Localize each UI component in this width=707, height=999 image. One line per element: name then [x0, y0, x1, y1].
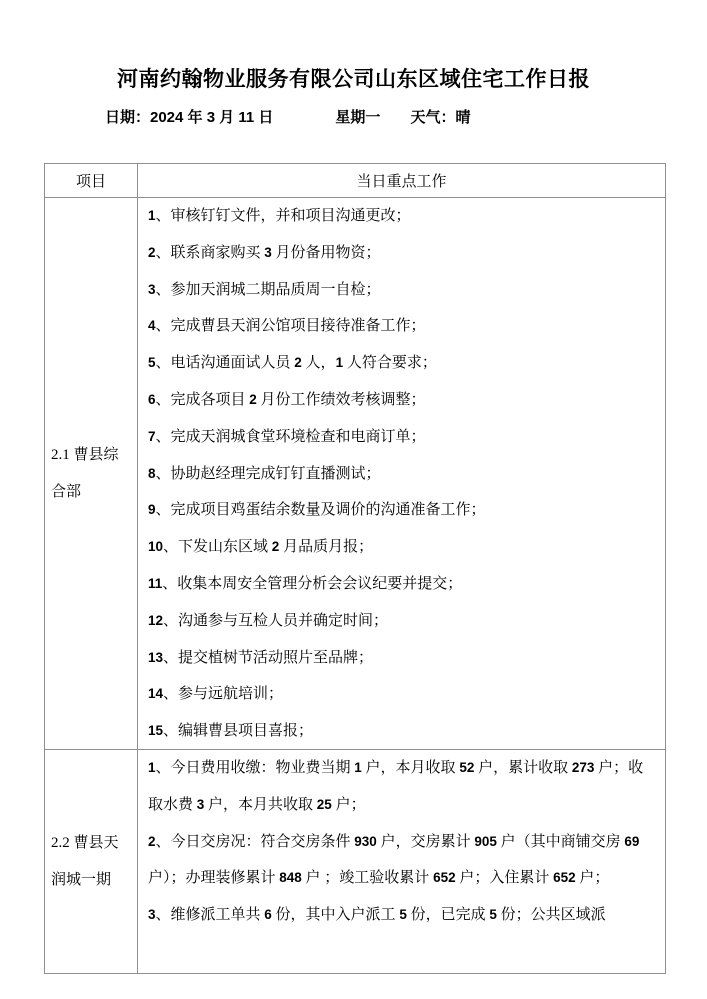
- project-cell: 2.1 曹县综合部: [45, 198, 138, 750]
- numeric-value: 3: [264, 245, 272, 260]
- work-item: 10、下发山东区域 2 月品质月报；: [148, 529, 655, 566]
- numeric-value: 1: [354, 760, 362, 775]
- work-item: 1、审核钉钉文件，并和项目沟通更改；: [148, 198, 655, 235]
- weekday-label: 星期一: [335, 109, 380, 126]
- numeric-value: 905: [474, 834, 497, 849]
- work-item: 9、完成项目鸡蛋结余数量及调价的沟通准备工作；: [148, 492, 655, 529]
- numeric-value: 12: [148, 613, 163, 628]
- numeric-value: 2: [294, 355, 302, 370]
- work-items: 1、审核钉钉文件，并和项目沟通更改；2、联系商家购买 3 月份备用物资；3、参加…: [138, 198, 665, 749]
- work-item: 5、电话沟通面试人员 2 人，1 人符合要求；: [148, 345, 655, 382]
- numeric-value: 9: [148, 502, 156, 517]
- numeric-value: 6: [264, 907, 272, 922]
- numeric-value: 5: [148, 355, 156, 370]
- work-item: 4、完成曹县天润公馆项目接待准备工作；: [148, 308, 655, 345]
- numeric-value: 3: [148, 282, 156, 297]
- work-item: 15、编辑曹县项目喜报；: [148, 713, 655, 749]
- page-title: 河南约翰物业服务有限公司山东区域住宅工作日报: [0, 63, 707, 93]
- work-item: 11、收集本周安全管理分析会会议纪要并提交；: [148, 566, 655, 603]
- date-label: 日期：2024 年 3 月 11 日: [105, 109, 273, 126]
- numeric-value: 930: [354, 834, 377, 849]
- project-cell: 2.2 曹县天润城一期: [45, 750, 138, 974]
- work-item: 2、联系商家购买 3 月份备用物资；: [148, 235, 655, 272]
- numeric-value: 15: [148, 723, 163, 738]
- numeric-value: 14: [148, 686, 163, 701]
- numeric-value: 2: [249, 392, 257, 407]
- work-items: 1、今日费用收缴：物业费当期 1 户，本月收取 52 户，累计收取 273 户；…: [138, 750, 665, 973]
- numeric-value: 52: [459, 760, 474, 775]
- numeric-value: 11: [148, 576, 162, 591]
- numeric-value: 1: [336, 355, 344, 370]
- table-row: 2.2 曹县天润城一期1、今日费用收缴：物业费当期 1 户，本月收取 52 户，…: [45, 750, 666, 974]
- numeric-value: 6: [148, 392, 156, 407]
- table-row: 2.1 曹县综合部1、审核钉钉文件，并和项目沟通更改；2、联系商家购买 3 月份…: [45, 198, 666, 750]
- numeric-value: 5: [489, 907, 497, 922]
- header-work: 当日重点工作: [138, 164, 666, 198]
- numeric-value: 652: [553, 870, 576, 885]
- numeric-value: 25: [317, 797, 332, 812]
- project-label: 2.1 曹县综合部: [51, 437, 133, 511]
- work-item: 14、参与远航培训；: [148, 676, 655, 713]
- work-cell: 1、今日费用收缴：物业费当期 1 户，本月收取 52 户，累计收取 273 户；…: [138, 750, 666, 974]
- numeric-value: 7: [148, 429, 156, 444]
- numeric-value: 2: [148, 834, 156, 849]
- numeric-value: 1: [148, 208, 156, 223]
- daily-report-table: 项目 当日重点工作 2.1 曹县综合部1、审核钉钉文件，并和项目沟通更改；2、联…: [44, 163, 666, 974]
- work-item: 8、协助赵经理完成钉钉直播测试；: [148, 456, 655, 493]
- numeric-value: 13: [148, 650, 163, 665]
- numeric-value: 5: [399, 907, 407, 922]
- header-project: 项目: [45, 164, 138, 198]
- date-line: 日期：2024 年 3 月 11 日星期一天气：晴: [105, 106, 470, 127]
- numeric-value: 3: [197, 797, 205, 812]
- table-header-row: 项目 当日重点工作: [45, 164, 666, 198]
- numeric-value: 2: [272, 539, 280, 554]
- work-item: 13、提交植树节活动照片至品牌；: [148, 640, 655, 677]
- work-cell: 1、审核钉钉文件，并和项目沟通更改；2、联系商家购买 3 月份备用物资；3、参加…: [138, 198, 666, 750]
- work-item: 3、维修派工单共 6 份，其中入户派工 5 份，已完成 5 份；公共区域派: [148, 897, 655, 934]
- numeric-value: 10: [148, 539, 163, 554]
- work-item: 2、今日交房况：符合交房条件 930 户，交房累计 905 户（其中商铺交房 6…: [148, 824, 655, 898]
- report-rows: 2.1 曹县综合部1、审核钉钉文件，并和项目沟通更改；2、联系商家购买 3 月份…: [45, 198, 666, 974]
- work-item: 3、参加天润城二期品质周一自检；: [148, 272, 655, 309]
- numeric-value: 4: [148, 318, 156, 333]
- numeric-value: 69: [624, 834, 639, 849]
- numeric-value: 3: [148, 907, 156, 922]
- work-item: 12、沟通参与互检人员并确定时间；: [148, 603, 655, 640]
- weather-label: 天气：晴: [410, 109, 470, 126]
- numeric-value: 273: [572, 760, 595, 775]
- numeric-value: 848: [279, 870, 302, 885]
- work-item: 6、完成各项目 2 月份工作绩效考核调整；: [148, 382, 655, 419]
- numeric-value: 2: [148, 245, 156, 260]
- work-item: 7、完成天润城食堂环境检查和电商订单；: [148, 419, 655, 456]
- numeric-value: 8: [148, 466, 156, 481]
- numeric-value: 652: [433, 870, 456, 885]
- project-label: 2.2 曹县天润城一期: [51, 825, 133, 899]
- work-item: 1、今日费用收缴：物业费当期 1 户，本月收取 52 户，累计收取 273 户；…: [148, 750, 655, 824]
- numeric-value: 1: [148, 760, 156, 775]
